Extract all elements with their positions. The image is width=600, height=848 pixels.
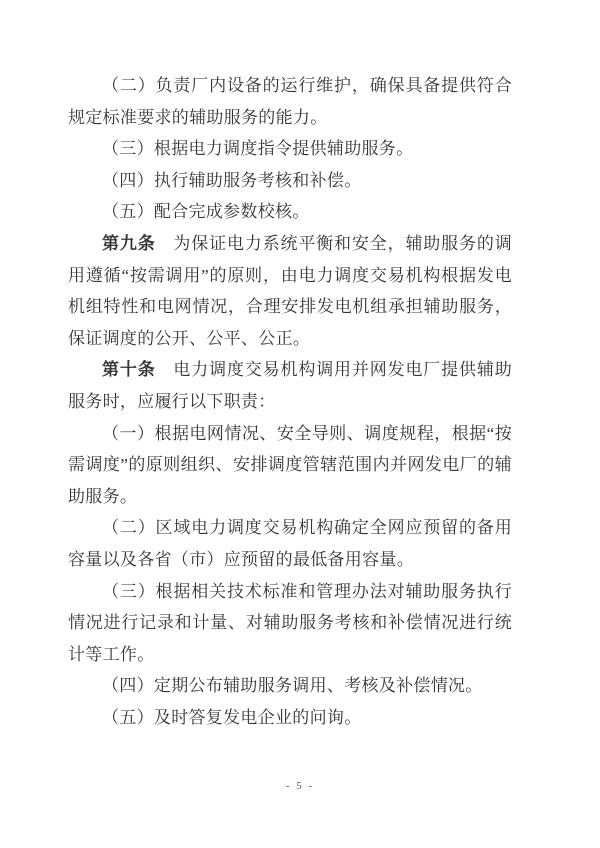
paragraph: （五）及时答复发电企业的问询。 [68,702,512,734]
paragraph-text: （三）根据相关技术标准和管理办法对辅助服务执行情况进行记录和计量、对辅助服务考核… [68,582,512,664]
paragraph-text: （二）负责厂内设备的运行维护，确保具备提供符合规定标准要求的辅助服务的能力。 [68,76,512,127]
paragraph: （一）根据电网情况、安全导则、调度规程，根据“按需调度”的原则组织、安排调度管辖… [68,418,512,513]
paragraph-text: （四）定期公布辅助服务调用、考核及补偿情况。 [102,676,483,695]
paragraph-text: （五）配合完成参数校核。 [102,202,310,221]
paragraph-text: （五）及时答复发电企业的问询。 [102,708,362,727]
paragraph: （三）根据相关技术标准和管理办法对辅助服务执行情况进行记录和计量、对辅助服务考核… [68,576,512,671]
paragraph: （四）执行辅助服务考核和补偿。 [68,165,512,197]
paragraph-article-9: 第九条 为保证电力系统平衡和安全，辅助服务的调用遵循“按需调用”的原则，由电力调… [68,228,512,354]
page-number: - 5 - [0,780,600,792]
text-block: （二）负责厂内设备的运行维护，确保具备提供符合规定标准要求的辅助服务的能力。 （… [68,70,512,733]
paragraph: （四）定期公布辅助服务调用、考核及补偿情况。 [68,670,512,702]
paragraph-text: （三）根据电力调度指令提供辅助服务。 [102,139,413,158]
paragraph-text: （二）区域电力调度交易机构确定全网应预留的备用容量以及各省（市）应预留的最低备用… [68,518,512,569]
document-page: （二）负责厂内设备的运行维护，确保具备提供符合规定标准要求的辅助服务的能力。 （… [0,0,600,848]
paragraph-text: （四）执行辅助服务考核和补偿。 [102,171,362,190]
paragraph: （五）配合完成参数校核。 [68,196,512,228]
article-number-label: 第九条 [102,234,173,253]
paragraph: （二）区域电力调度交易机构确定全网应预留的备用容量以及各省（市）应预留的最低备用… [68,512,512,575]
paragraph-article-10: 第十条 电力调度交易机构调用并网发电厂提供辅助服务时，应履行以下职责： [68,354,512,417]
paragraph: （三）根据电力调度指令提供辅助服务。 [68,133,512,165]
paragraph-text: （一）根据电网情况、安全导则、调度规程，根据“按需调度”的原则组织、安排调度管辖… [68,424,512,506]
paragraph: （二）负责厂内设备的运行维护，确保具备提供符合规定标准要求的辅助服务的能力。 [68,70,512,133]
article-number-label: 第十条 [102,360,173,379]
